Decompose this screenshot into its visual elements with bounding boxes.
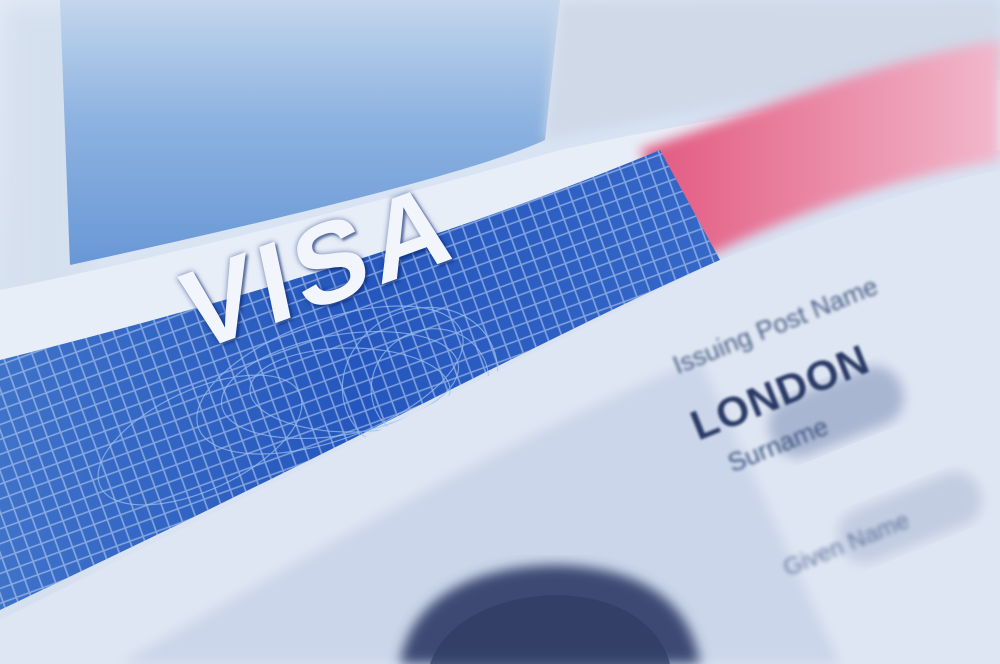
- visa-artwork: [0, 0, 1000, 664]
- visa-photo: VISA Issuing Post Name LONDON Surname Gi…: [0, 0, 1000, 664]
